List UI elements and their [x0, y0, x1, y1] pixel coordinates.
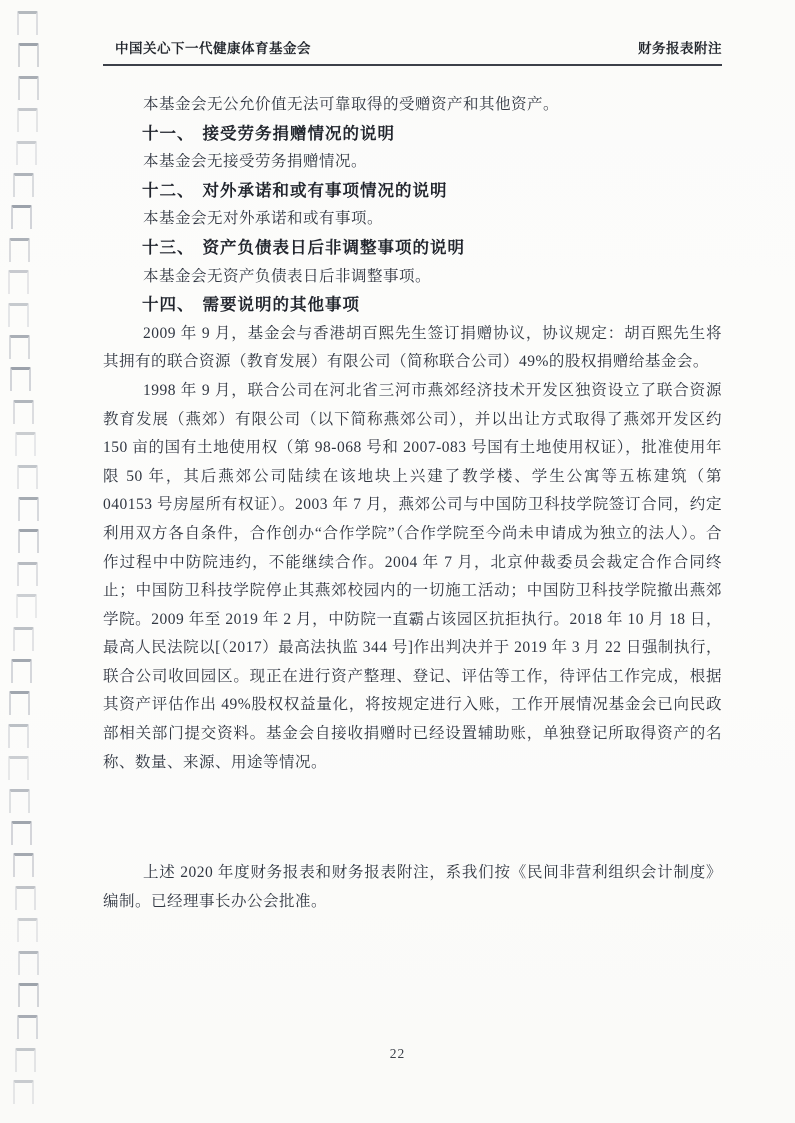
document-body: 本基金会无公允价值无法可靠取得的受赠资产和其他资产。 十一、接受劳务捐赠情况的说… — [103, 91, 722, 916]
section-12-number: 十二、 — [142, 182, 195, 200]
binding-hole-icon — [11, 821, 32, 845]
section-14-number: 十四、 — [142, 296, 195, 314]
binding-hole-icon — [17, 1015, 38, 1039]
binding-hole-icon — [9, 789, 30, 813]
section-14-heading: 十四、需要说明的其他事项 — [103, 291, 722, 320]
section-13-number: 十三、 — [142, 239, 195, 257]
section-14-paragraph-1: 2009 年 9 月，基金会与香港胡百熙先生签订捐赠协议，协议规定：胡百熙先生将… — [103, 320, 722, 377]
section-11-number: 十一、 — [142, 125, 195, 143]
binding-hole-icon — [18, 983, 39, 1007]
binding-hole-icon — [15, 886, 36, 910]
binding-hole-icon — [18, 529, 39, 553]
section-12-title: 对外承诺和或有事项情况的说明 — [203, 182, 448, 200]
section-12-body: 本基金会无对外承诺和或有事项。 — [103, 205, 722, 234]
header-organization: 中国关心下一代健康体育基金会 — [115, 37, 311, 57]
binding-hole-icon — [8, 303, 29, 327]
section-12-heading: 十二、对外承诺和或有事项情况的说明 — [103, 177, 722, 206]
binding-marks — [0, 0, 60, 1123]
page-header: 中国关心下一代健康体育基金会 财务报表附注 — [103, 37, 722, 66]
binding-hole-icon — [17, 465, 38, 489]
page-content: 中国关心下一代健康体育基金会 财务报表附注 本基金会无公允价值无法可靠取得的受赠… — [103, 37, 722, 916]
binding-hole-icon — [9, 238, 30, 262]
binding-hole-icon — [9, 691, 30, 715]
binding-hole-icon — [11, 659, 32, 683]
document-page: 中国关心下一代健康体育基金会 财务报表附注 本基金会无公允价值无法可靠取得的受赠… — [0, 0, 795, 1123]
binding-hole-icon — [15, 432, 36, 456]
binding-hole-icon — [11, 205, 32, 229]
binding-hole-icon — [9, 335, 30, 359]
page-number: 22 — [0, 1046, 795, 1062]
binding-hole-icon — [13, 1080, 34, 1104]
binding-hole-icon — [10, 367, 31, 391]
binding-hole-icon — [18, 497, 39, 521]
section-13-title: 资产负债表日后非调整事项的说明 — [203, 239, 466, 257]
section-13-body: 本基金会无资产负债表日后非调整事项。 — [103, 263, 722, 292]
closing-paragraph: 上述 2020 年度财务报表和财务报表附注，系我们按《民间非营利组织会计制度》编… — [103, 859, 722, 916]
header-document-title: 财务报表附注 — [638, 37, 722, 57]
binding-hole-icon — [13, 400, 34, 424]
intro-paragraph: 本基金会无公允价值无法可靠取得的受赠资产和其他资产。 — [103, 91, 722, 120]
section-11-body: 本基金会无接受劳务捐赠情况。 — [103, 148, 722, 177]
section-14-title: 需要说明的其他事项 — [203, 296, 361, 314]
binding-hole-icon — [17, 918, 38, 942]
binding-hole-icon — [8, 270, 29, 294]
binding-hole-icon — [13, 627, 34, 651]
binding-hole-icon — [17, 562, 38, 586]
binding-hole-icon — [8, 724, 29, 748]
binding-hole-icon — [17, 108, 38, 132]
section-13-heading: 十三、资产负债表日后非调整事项的说明 — [103, 234, 722, 263]
binding-hole-icon — [18, 43, 39, 67]
section-11-heading: 十一、接受劳务捐赠情况的说明 — [103, 120, 722, 149]
binding-hole-icon — [18, 951, 39, 975]
section-14-paragraph-2: 1998 年 9 月，联合公司在河北省三河市燕郊经济技术开发区独资设立了联合资源… — [103, 377, 722, 777]
section-11-title: 接受劳务捐赠情况的说明 — [203, 125, 396, 143]
binding-hole-icon — [13, 853, 34, 877]
binding-hole-icon — [17, 11, 38, 35]
binding-hole-icon — [8, 756, 29, 780]
binding-hole-icon — [16, 594, 37, 618]
binding-hole-icon — [13, 173, 34, 197]
binding-hole-icon — [18, 76, 39, 100]
binding-hole-icon — [16, 141, 37, 165]
